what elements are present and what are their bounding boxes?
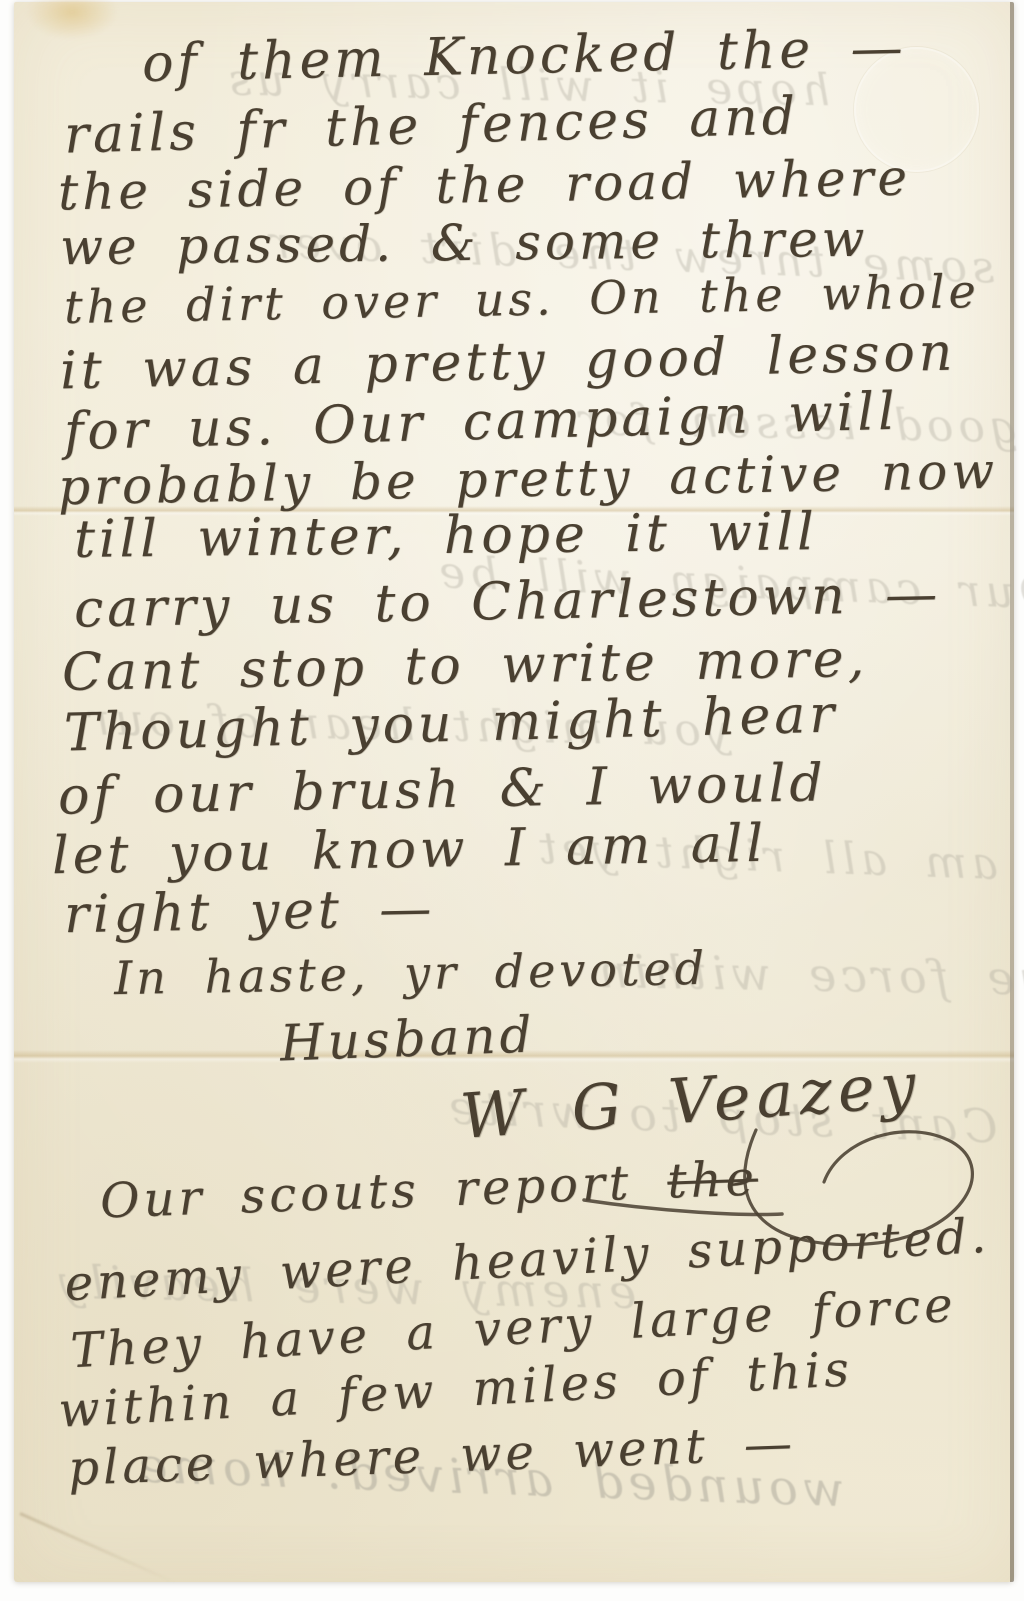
letter-line: till winter, hope it will [74,506,818,566]
postscript-line: Our scouts report the [99,1155,758,1226]
letter-line: carry us to Charlestown — [74,568,942,635]
letter-line: right yet — [64,883,436,941]
letter-paper: hope it will carry ussome threw the dirt… [14,2,1014,1582]
closing-line: Husband [279,1010,536,1069]
scanned-letter-page: hope it will carry ussome threw the dirt… [0,0,1024,1601]
closing-line: In haste, yr devoted [114,945,709,1001]
letter-line: of our brush & I would [58,757,828,822]
letter-line: let you know I am all [52,818,768,882]
struck-word: the [666,1151,759,1210]
letter-line: the side of the road where [58,153,912,218]
letter-line: the dirt over us. On the whole [64,268,980,330]
letter-line: of them Knocked the — [142,22,908,90]
letter-line: we passed. & some threw [60,214,869,272]
letter-line: probably be pretty active now [58,446,999,512]
letter-line: rails fr the fences and [63,90,799,161]
handwriting-layer: of them Knocked the —rails fr the fences… [14,2,1014,1582]
signature: W G Veazey [458,1054,923,1148]
